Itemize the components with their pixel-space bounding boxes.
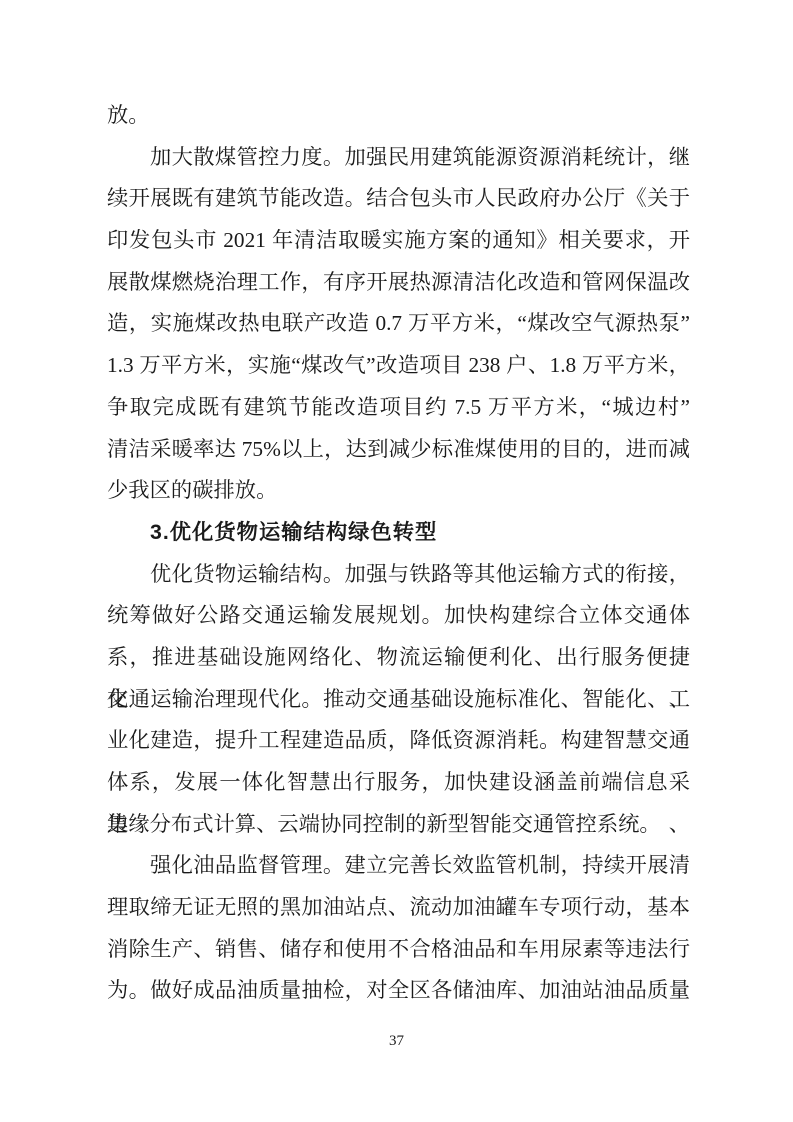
text-line: 为。做好成品油质量抽检，对全区各储油库、加油站油品质量 bbox=[107, 970, 690, 1012]
section-heading: 3.优化货物运输结构绿色转型 bbox=[107, 512, 690, 554]
text-line: 放。 bbox=[107, 95, 690, 137]
text-line: 体系，发展一体化智慧出行服务，加快建设涵盖前端信息采集、 bbox=[107, 762, 690, 804]
text-line: 展散煤燃烧治理工作，有序开展热源清洁化改造和管网保温改 bbox=[107, 262, 690, 304]
text-line: 1.3 万平方米，实施“煤改气”改造项目 238 户、1.8 万平方米， bbox=[107, 345, 690, 387]
text-line: 优化货物运输结构。加强与铁路等其他运输方式的衔接， bbox=[107, 554, 690, 596]
text-line: 边缘分布式计算、云端协同控制的新型智能交通管控系统。 bbox=[107, 804, 690, 846]
text-line: 业化建造，提升工程建造品质，降低资源消耗。构建智慧交通 bbox=[107, 720, 690, 762]
text-line: 造，实施煤改热电联产改造 0.7 万平方米，“煤改空气源热泵” bbox=[107, 303, 690, 345]
text-line: 强化油品监督管理。建立完善长效监管机制，持续开展清 bbox=[107, 845, 690, 887]
text-line: 理取缔无证无照的黑加油站点、流动加油罐车专项行动，基本 bbox=[107, 887, 690, 929]
text-line: 续开展既有建筑节能改造。结合包头市人民政府办公厅《关于 bbox=[107, 178, 690, 220]
text-line: 交通运输治理现代化。推动交通基础设施标准化、智能化、工 bbox=[107, 679, 690, 721]
document-page: 放。加大散煤管控力度。加强民用建筑能源资源消耗统计，继续开展既有建筑节能改造。结… bbox=[0, 0, 793, 1122]
text-line: 加大散煤管控力度。加强民用建筑能源资源消耗统计，继 bbox=[107, 137, 690, 179]
text-line: 系，推进基础设施网络化、物流运输便利化、出行服务便捷化、 bbox=[107, 637, 690, 679]
text-line: 清洁采暖率达 75%以上，达到减少标准煤使用的目的，进而减 bbox=[107, 429, 690, 471]
text-line: 争取完成既有建筑节能改造项目约 7.5 万平方米，“城边村” bbox=[107, 387, 690, 429]
text-line: 少我区的碳排放。 bbox=[107, 470, 690, 512]
text-line: 消除生产、销售、储存和使用不合格油品和车用尿素等违法行 bbox=[107, 929, 690, 971]
page-number: 37 bbox=[0, 1033, 793, 1050]
text-block: 放。加大散煤管控力度。加强民用建筑能源资源消耗统计，继续开展既有建筑节能改造。结… bbox=[107, 95, 690, 1012]
text-line: 统筹做好公路交通运输发展规划。加快构建综合立体交通体 bbox=[107, 595, 690, 637]
text-line: 印发包头市 2021 年清洁取暖实施方案的通知》相关要求，开 bbox=[107, 220, 690, 262]
